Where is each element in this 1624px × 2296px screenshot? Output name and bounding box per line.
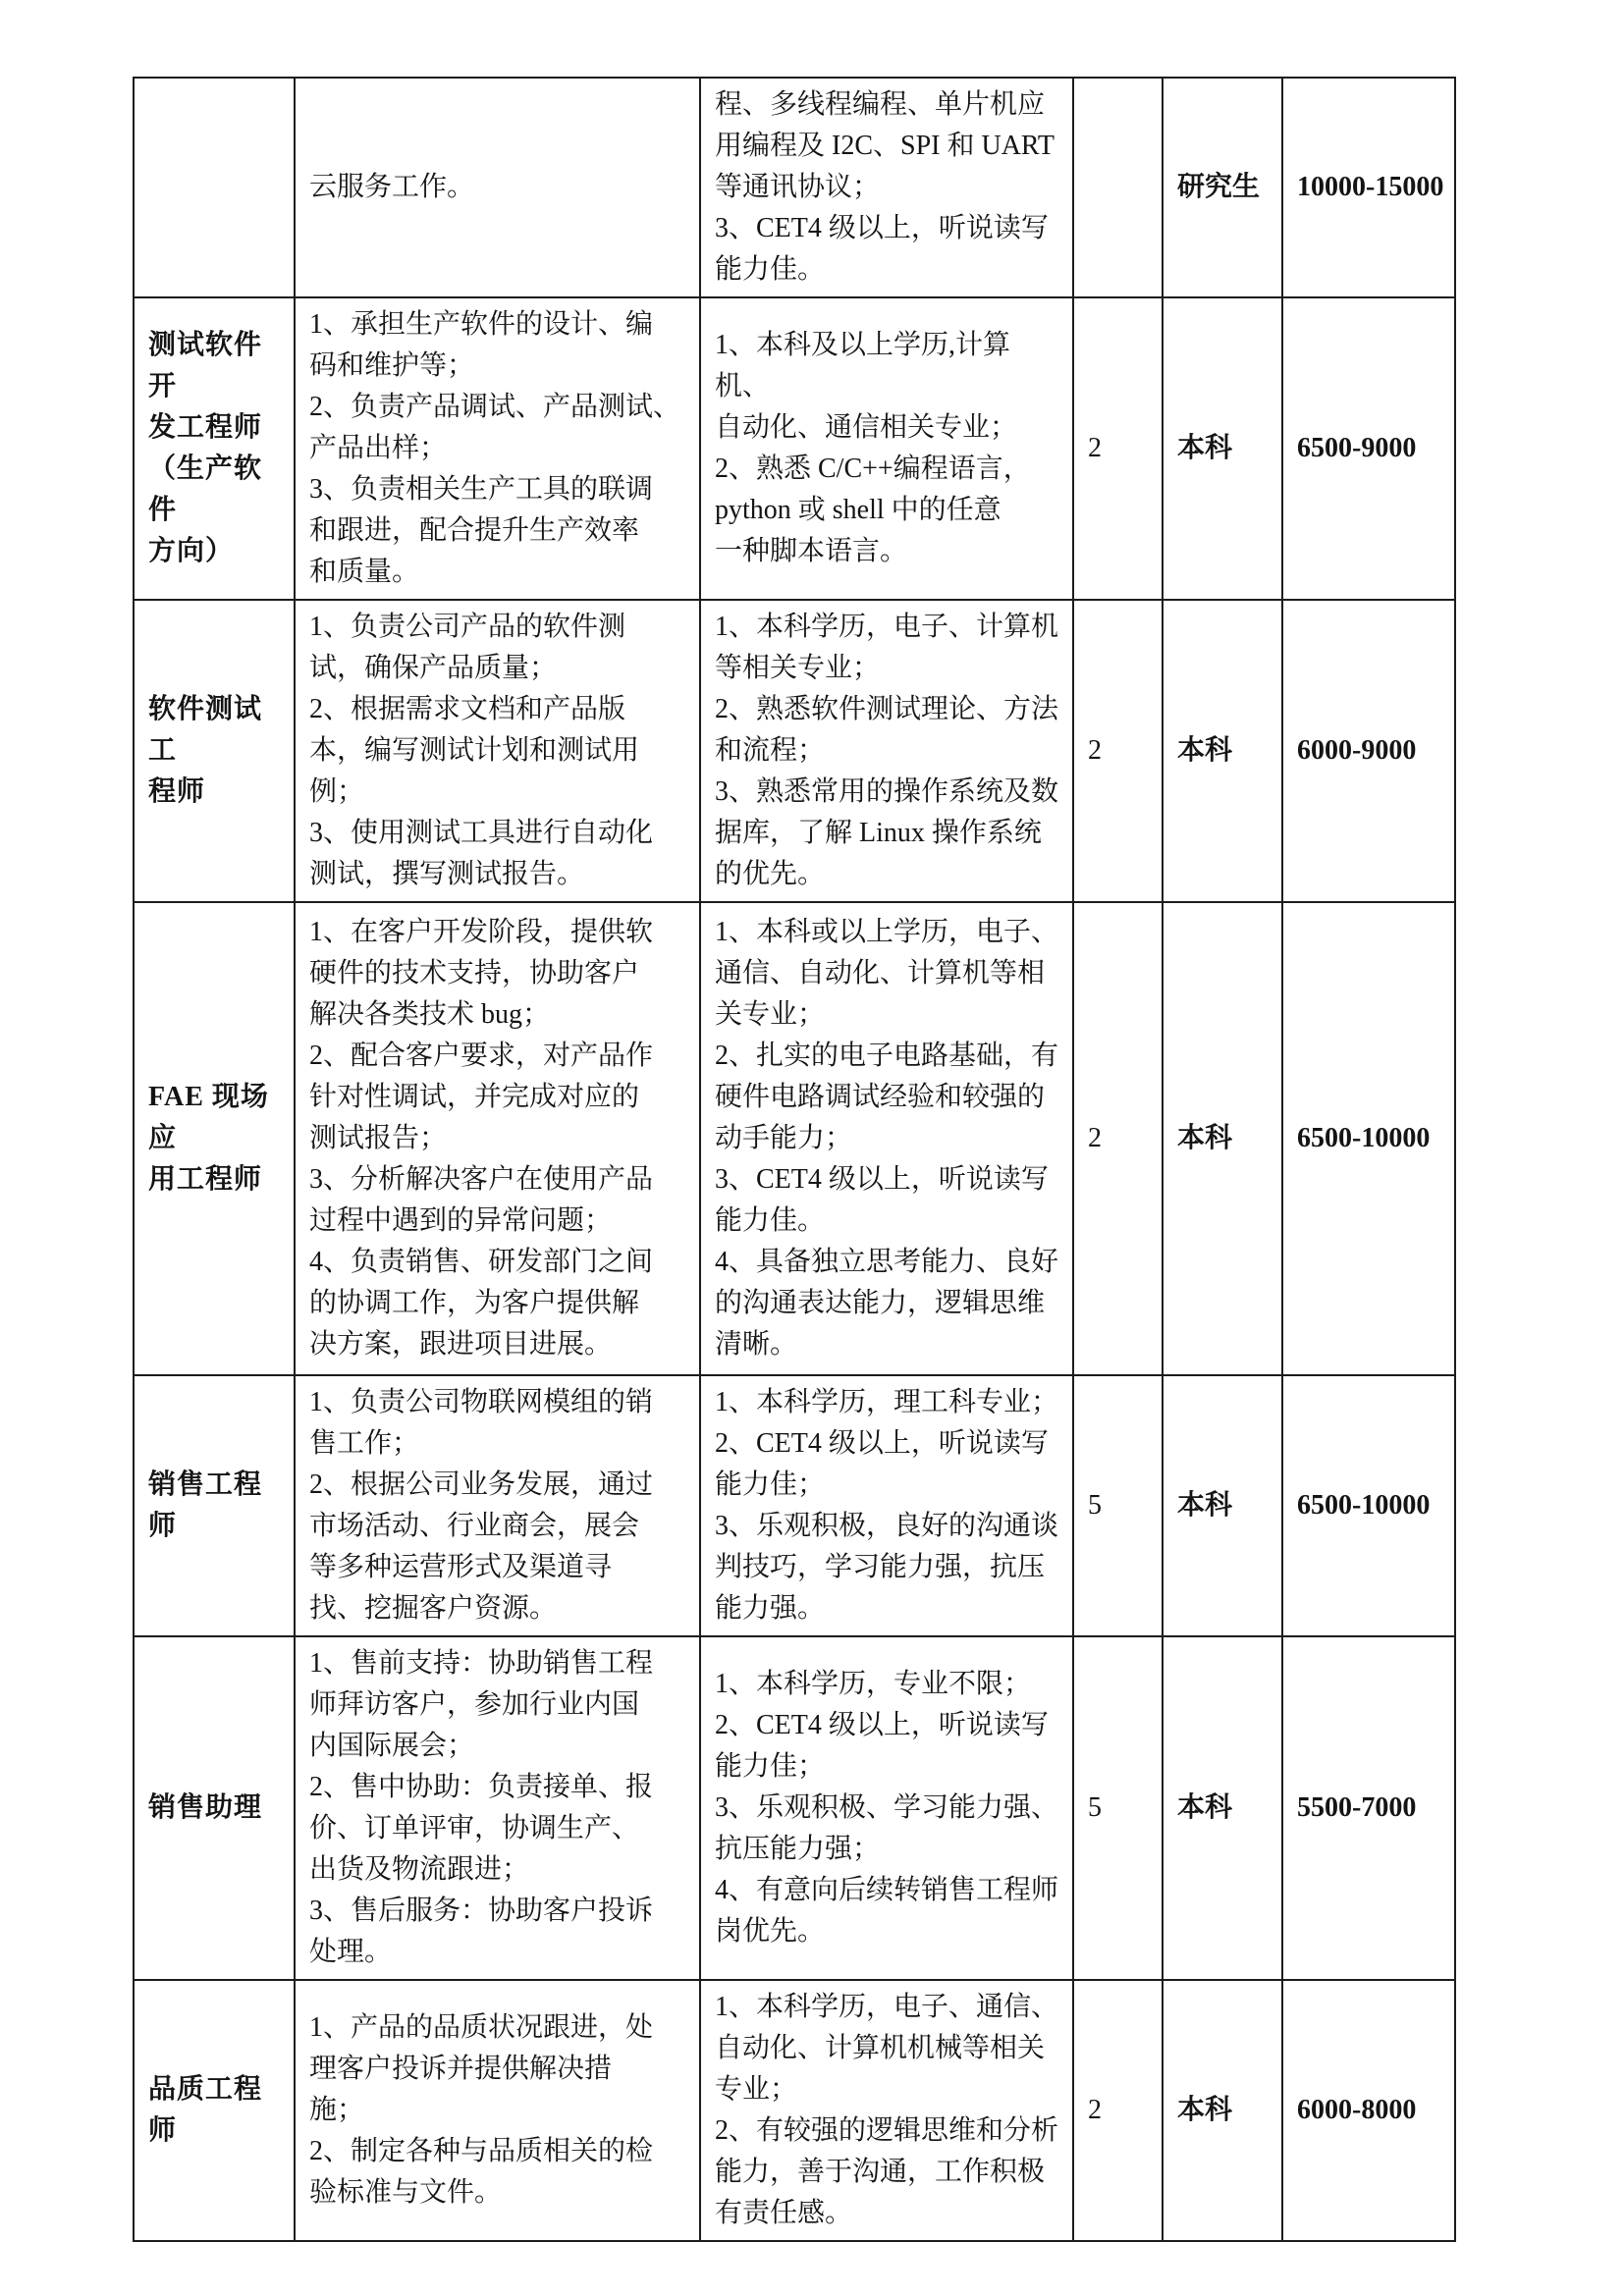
table-row: 软件测试工 程师 1、负责公司产品的软件测 试，确保产品质量； 2、根据需求文档… [134,600,1455,902]
duties-cell: 1、在客户开发阶段，提供软 硬件的技术支持，协助客户 解决各类技术 bug； 2… [295,902,700,1375]
headcount-cell: 5 [1073,1375,1163,1636]
headcount-cell: 2 [1073,902,1163,1375]
education-cell: 本科 [1163,902,1282,1375]
table-row: 品质工程师 1、产品的品质状况跟进，处 理客户投诉并提供解决措 施； 2、制定各… [134,1980,1455,2241]
education-cell: 本科 [1163,297,1282,600]
recruitment-table: 云服务工作。 程、多线程编程、单片机应 用编程及 I2C、SPI 和 UART … [133,77,1456,2242]
table-row: 销售工程师 1、负责公司物联网模组的销 售工作； 2、根据公司业务发展，通过 市… [134,1375,1455,1636]
headcount-cell: 2 [1073,1980,1163,2241]
headcount-cell: 5 [1073,1636,1163,1980]
requirements-cell: 1、本科学历，电子、通信、 自动化、计算机机械等相关 专业； 2、有较强的逻辑思… [700,1980,1073,2241]
position-cell: 品质工程师 [134,1980,295,2241]
document-page: 云服务工作。 程、多线程编程、单片机应 用编程及 I2C、SPI 和 UART … [0,0,1624,2296]
education-cell: 本科 [1163,600,1282,902]
headcount-cell [1073,78,1163,297]
salary-cell: 6000-9000 [1282,600,1455,902]
salary-cell: 6000-8000 [1282,1980,1455,2241]
position-cell [134,78,295,297]
duties-cell: 云服务工作。 [295,78,700,297]
salary-cell: 6500-9000 [1282,297,1455,600]
position-cell: 软件测试工 程师 [134,600,295,902]
education-cell: 本科 [1163,1375,1282,1636]
requirements-cell: 1、本科或以上学历，电子、 通信、自动化、计算机等相 关专业； 2、扎实的电子电… [700,902,1073,1375]
position-cell: 销售助理 [134,1636,295,1980]
salary-cell: 6500-10000 [1282,1375,1455,1636]
table-row: 云服务工作。 程、多线程编程、单片机应 用编程及 I2C、SPI 和 UART … [134,78,1455,297]
table-row: 测试软件开 发工程师 （生产软件 方向） 1、承担生产软件的设计、编 码和维护等… [134,297,1455,600]
table-row: 销售助理 1、售前支持：协助销售工程 师拜访客户，参加行业内国 内国际展会； 2… [134,1636,1455,1980]
education-cell: 本科 [1163,1980,1282,2241]
position-cell: 测试软件开 发工程师 （生产软件 方向） [134,297,295,600]
headcount-cell: 2 [1073,600,1163,902]
salary-cell: 10000-15000 [1282,78,1455,297]
education-cell: 本科 [1163,1636,1282,1980]
education-cell: 研究生 [1163,78,1282,297]
requirements-cell: 1、本科学历，专业不限； 2、CET4 级以上，听说读写 能力佳； 3、乐观积极… [700,1636,1073,1980]
requirements-cell: 程、多线程编程、单片机应 用编程及 I2C、SPI 和 UART 等通讯协议； … [700,78,1073,297]
duties-cell: 1、售前支持：协助销售工程 师拜访客户，参加行业内国 内国际展会； 2、售中协助… [295,1636,700,1980]
duties-cell: 1、负责公司物联网模组的销 售工作； 2、根据公司业务发展，通过 市场活动、行业… [295,1375,700,1636]
duties-cell: 1、负责公司产品的软件测 试，确保产品质量； 2、根据需求文档和产品版 本，编写… [295,600,700,902]
requirements-cell: 1、本科学历，理工科专业； 2、CET4 级以上，听说读写 能力佳； 3、乐观积… [700,1375,1073,1636]
requirements-cell: 1、本科及以上学历,计算机、 自动化、通信相关专业； 2、熟悉 C/C++编程语… [700,297,1073,600]
salary-cell: 6500-10000 [1282,902,1455,1375]
duties-cell: 1、产品的品质状况跟进，处 理客户投诉并提供解决措 施； 2、制定各种与品质相关… [295,1980,700,2241]
duties-cell: 1、承担生产软件的设计、编 码和维护等； 2、负责产品调试、产品测试、 产品出样… [295,297,700,600]
position-cell: FAE 现场应 用工程师 [134,902,295,1375]
position-cell: 销售工程师 [134,1375,295,1636]
requirements-cell: 1、本科学历，电子、计算机 等相关专业； 2、熟悉软件测试理论、方法 和流程； … [700,600,1073,902]
salary-cell: 5500-7000 [1282,1636,1455,1980]
table-row: FAE 现场应 用工程师 1、在客户开发阶段，提供软 硬件的技术支持，协助客户 … [134,902,1455,1375]
headcount-cell: 2 [1073,297,1163,600]
